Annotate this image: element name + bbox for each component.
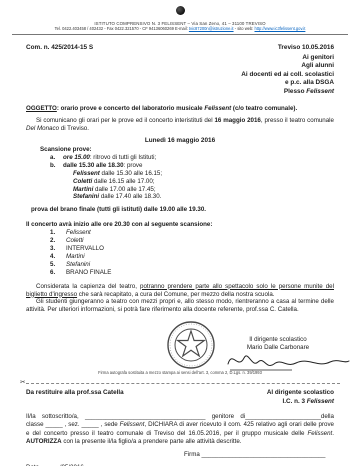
item-number: 1.	[50, 229, 66, 237]
firma-blank: ____________________________________	[202, 451, 326, 458]
school-slot-row: Stefanini dalle 17.40 alle 18.30.	[73, 193, 334, 201]
form-text: con la presente il/la figlio/a a prender…	[62, 438, 242, 445]
item-rest: : ritrovo di tutti gli Istituti;	[90, 154, 156, 161]
signature-block: Il dirigente scolastico Mario Dalle Carb…	[26, 318, 334, 376]
concert-item: 6.BRANO FINALE	[50, 269, 334, 277]
school-time: dalle 17.00 alle 17.45;	[93, 186, 155, 193]
concert-intro: Il concerto avrà inizio alle ore 20.30 c…	[26, 221, 334, 228]
section-blank: _____	[82, 421, 99, 428]
school-name: Felissent	[73, 170, 100, 177]
form-text: .	[332, 430, 334, 437]
form-text: genitore di	[205, 413, 245, 420]
form-text: , sez.	[63, 421, 82, 428]
concert-order-list: 1.Felissent 2.Coletti 3.INTERVALLO 4.Mar…	[50, 229, 334, 276]
recipient-line: Ai docenti ed ai coll. scolastici	[26, 71, 334, 80]
item-name: Coletti	[66, 237, 84, 245]
return-to-label: Da restituire alla prof.ssa Catella	[26, 389, 124, 405]
item-name: Stefanini	[66, 261, 90, 269]
handwritten-signature	[222, 344, 352, 376]
intro-text: Si comunicano gli orari per le prove ed …	[36, 117, 214, 124]
item-name: Martini	[66, 253, 85, 261]
addressee-prefix: I.C. n. 3	[283, 398, 307, 405]
school-contact-line: Tel. 0422.403458 / 402432 - Fax 0422.321…	[12, 26, 348, 31]
time-bold: dalle 15.30 alle 18.30	[63, 162, 124, 169]
rehearsal-item-a: a. ore 15.00: ritrovo di tutti gli Istit…	[50, 154, 334, 162]
school-name: Martini	[73, 186, 93, 193]
addressee-line2: I.C. n. 3 Felissent	[283, 398, 334, 405]
website-link[interactable]: http://www.ic3felissent.gov.it	[255, 26, 306, 31]
place-date: Treviso 10.05.2016	[278, 44, 334, 51]
letterhead: ISTITUTO COMPRENSIVO N. 3 FELISSENT – Vi…	[12, 3, 348, 35]
school-slot-row: Martini dalle 17.00 alle 17.45;	[73, 186, 334, 194]
contact-text: - sito web:	[234, 26, 255, 31]
school-time: dalle 17.40 alle 18.30.	[99, 193, 161, 200]
concert-item: 1.Felissent	[50, 229, 334, 237]
recipients-block: Ai genitori Agli alunni Ai docenti ed ai…	[26, 54, 334, 97]
capacity-text: Considerata la capienza del teatro,	[36, 283, 140, 290]
communication-number: Com. n. 425/2014-15 S	[26, 44, 93, 51]
firma-label: Firma	[184, 451, 202, 458]
authorization-form-paragraph: Il/la sottoscritto/a, __________________…	[26, 413, 334, 447]
school-slot-row: Coletti dalle 16.15 alle 17.00;	[73, 178, 334, 186]
item-number: 2.	[50, 237, 66, 245]
intro-text: di Treviso.	[59, 125, 89, 132]
intro-text: , presso il teatro comunale	[261, 117, 334, 124]
subject-text: : orario prove e concerto del laboratori…	[57, 105, 205, 112]
recipient-line: Ai genitori	[26, 54, 334, 63]
plesso-prefix: Plesso	[284, 88, 306, 95]
school-seal-icon	[166, 320, 216, 370]
concert-item: 4.Martini	[50, 253, 334, 261]
concert-item: 2.Coletti	[50, 237, 334, 245]
subject-line: OGGETTO: orario prove e concerto del lab…	[26, 105, 334, 113]
class-blank: _____	[45, 421, 62, 428]
transport-paragraph: Gli studenti giungeranno a teatro con me…	[26, 298, 334, 314]
form-text: , sede	[99, 421, 120, 428]
email-link[interactable]: tvic87200n@istruzione.it	[189, 26, 234, 31]
school-name: Coletti	[73, 178, 92, 185]
rehearsal-item-text: ore 15.00: ritrovo di tutti gli Istituti…	[63, 154, 156, 162]
contact-text: Tel. 0422.403458 / 402432 - Fax 0422.321…	[55, 26, 189, 31]
item-name: INTERVALLO	[66, 245, 104, 253]
item-number: 4.	[50, 253, 66, 261]
school-time: dalle 15.30 alle 16.15;	[100, 170, 162, 177]
document-page: ISTITUTO COMPRENSIVO N. 3 FELISSENT – Vi…	[0, 0, 360, 466]
form-school-name: Felissent	[120, 421, 145, 428]
form-text: Il/la sottoscritto/a,	[26, 413, 85, 420]
school-slot-row: Felissent dalle 15.30 alle 16.15;	[73, 170, 334, 178]
final-rehearsal-line: prova del brano finale (tutti gli istitu…	[31, 206, 334, 213]
slip-addressee: Al dirigente scolastico I.C. n. 3 Feliss…	[267, 389, 334, 405]
school-name: Stefanini	[73, 193, 99, 200]
meta-row: Com. n. 425/2014-15 S Treviso 10.05.2016	[26, 44, 334, 51]
item-rest: : prove	[124, 162, 143, 169]
scissors-icon: ✂	[20, 380, 25, 387]
rehearsal-schedule: Scansione prove: a. ore 15.00: ritrovo d…	[40, 146, 334, 201]
plesso-name: Felissent	[306, 88, 334, 95]
cut-line: ✂	[20, 380, 340, 387]
rehearsal-item-b: b. dalle 15.30 alle 18.30: prove	[50, 162, 334, 170]
addressee-school: Felissent	[307, 398, 334, 405]
item-name: BRANO FINALE	[66, 269, 111, 277]
item-number: 3.	[50, 245, 66, 253]
addressee-line1: Al dirigente scolastico	[267, 389, 334, 396]
list-marker: b.	[50, 162, 63, 170]
signatory-role: Il dirigente scolastico	[218, 336, 338, 344]
subject-school-name: Felissent	[204, 105, 231, 112]
recipient-line: e p.c. alla DSGA	[26, 79, 334, 88]
form-school-name: Felissent	[308, 430, 333, 437]
subject-text: (c/o teatro comunale).	[231, 105, 297, 112]
item-number: 6.	[50, 269, 66, 277]
day-heading: Lunedì 16 maggio 2016	[26, 137, 334, 144]
rehearsal-label: Scansione prove:	[40, 146, 334, 154]
item-name: Felissent	[66, 229, 91, 237]
intro-paragraph: Si comunicano gli orari per le prove ed …	[26, 117, 334, 133]
school-time: dalle 16.15 alle 17.00;	[92, 178, 154, 185]
parent-name-blank: ___________________________________	[85, 413, 205, 420]
subject-label: OGGETTO	[26, 105, 57, 112]
student-name-blank: ______________________	[245, 413, 321, 420]
authorize-word: AUTORIZZA	[26, 438, 62, 445]
item-number: 5.	[50, 261, 66, 269]
rehearsal-item-text: dalle 15.30 alle 18.30: prove	[63, 162, 142, 170]
list-marker: a.	[50, 154, 63, 162]
intro-date: 16 maggio 2016	[214, 117, 260, 124]
concert-item: 3.INTERVALLO	[50, 245, 334, 253]
capacity-paragraph: Considerata la capienza del teatro, potr…	[26, 283, 334, 299]
concert-item: 5.Stefanini	[50, 261, 334, 269]
slip-header: Da restituire alla prof.ssa Catella Al d…	[26, 389, 334, 405]
signature-field: Firma __________________________________…	[184, 451, 334, 458]
recipient-line-plesso: Plesso Felissent	[26, 88, 334, 97]
republic-emblem-icon	[176, 6, 185, 15]
capacity-text: che sarà recapitato, a cura del Comune, …	[77, 291, 274, 298]
recipient-line: Agli alunni	[26, 62, 334, 71]
theatre-name: Del Monaco	[26, 125, 59, 132]
time-bold: ore 15.00	[63, 154, 90, 161]
